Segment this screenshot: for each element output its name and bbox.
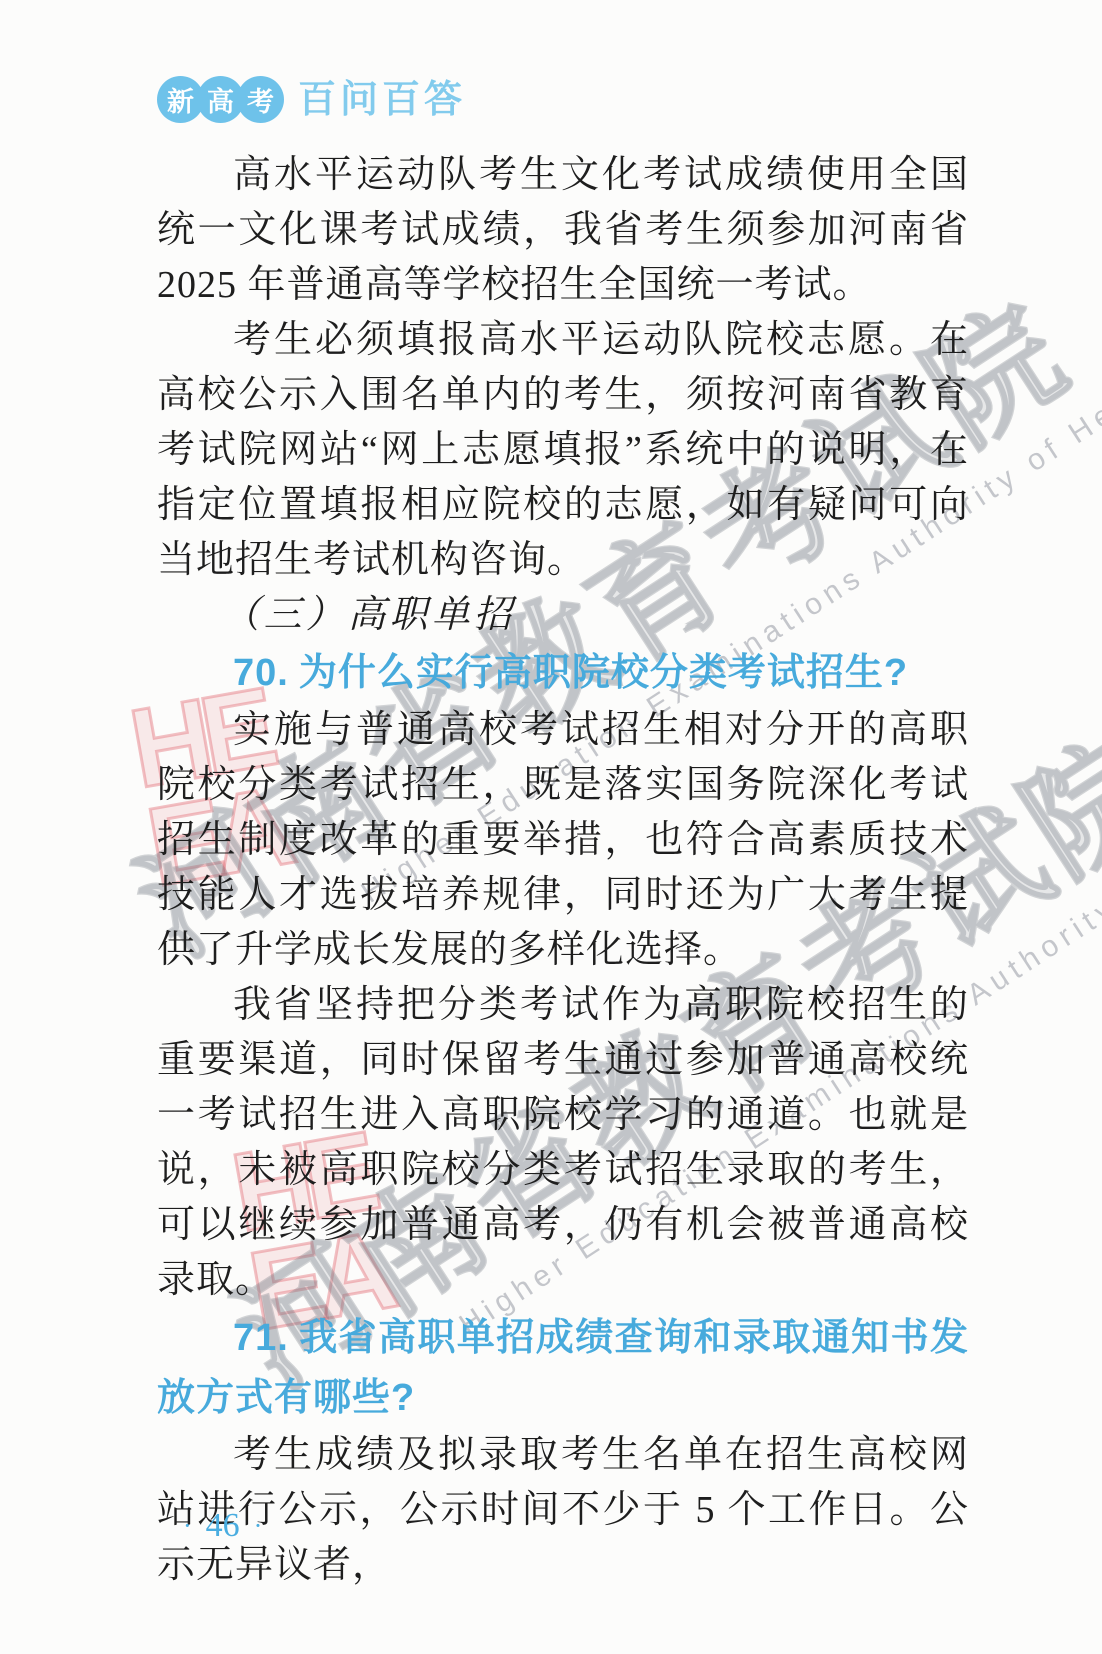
body-paragraph: 我省坚持把分类考试作为高职院校招生的重要渠道，同时保留考生通过参加普通高校统一考… bbox=[157, 978, 969, 1308]
body-paragraph: 考生成绩及拟录取考生名单在招生高校网站进行公示，公示时间不少于 5 个工作日。公… bbox=[157, 1428, 969, 1593]
question-number: 71. bbox=[233, 1317, 289, 1359]
question-heading: 70.为什么实行高职院校分类考试招生? bbox=[157, 643, 969, 703]
header-series-title: 百问百答 bbox=[298, 81, 466, 119]
page-number-left-dot: · bbox=[183, 1506, 192, 1546]
body-paragraph: 高水平运动队考生文化考试成绩使用全国统一文化课考试成绩，我省考生须参加河南省 2… bbox=[157, 148, 969, 313]
question-heading: 71.我省高职单招成绩查询和录取通知书发放方式有哪些? bbox=[157, 1308, 969, 1428]
page-number-right-dot: · bbox=[254, 1506, 263, 1546]
page-footer: · 46 · bbox=[183, 1506, 262, 1546]
question-number: 70. bbox=[233, 652, 289, 694]
book-page: HE EA 河南省教育考试院 Higher Education Examinat… bbox=[0, 0, 1102, 1654]
body-paragraph: 考生必须填报高水平运动队院校志愿。在高校公示入围名单内的考生，须按河南省教育考试… bbox=[157, 313, 969, 588]
body-paragraph: 实施与普通高校考试招生相对分开的高职院校分类考试招生，既是落实国务院深化考试招生… bbox=[157, 703, 969, 978]
page-header: 新 高 考 百问百答 bbox=[157, 76, 466, 123]
page-content: 高水平运动队考生文化考试成绩使用全国统一文化课考试成绩，我省考生须参加河南省 2… bbox=[157, 148, 969, 1593]
brand-badge-circle-3: 考 bbox=[237, 76, 284, 123]
brand-logo: 新 高 考 bbox=[157, 76, 284, 123]
subsection-heading: （三）高职单招 bbox=[157, 588, 969, 643]
page-number: 46 bbox=[206, 1506, 240, 1546]
